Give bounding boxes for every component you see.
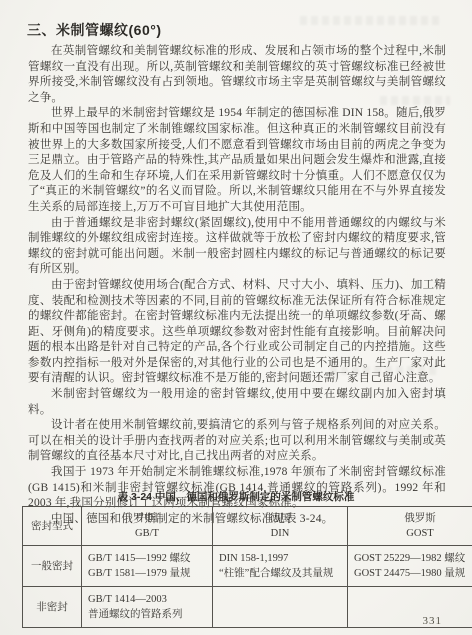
scanned-book-page: 三、米制管螺纹(60°) 在英制管螺纹和美制管螺纹标准的形成、发展和占领市场的整… — [0, 0, 472, 635]
header-germany: 德国 DIN — [213, 507, 348, 546]
standard-ref: “柱锥”配合螺纹及其量规 — [219, 566, 341, 581]
header-seal-type-label: 密封型式 — [29, 519, 75, 534]
standard-ref: GB/T 1414—2003 — [88, 592, 206, 607]
paragraph: 由于普通螺纹是非密封螺纹(紧固螺纹),使用中不能用普通螺纹的内螺纹与米制锥螺纹的… — [28, 216, 446, 278]
standard-ref: DIN 158-1,1997 — [219, 551, 341, 566]
header-china-country: 中国 — [88, 511, 206, 526]
header-germany-country: 德国 — [219, 511, 341, 526]
paragraph: 米制密封管螺纹为一般用途的密封管螺纹,使用中要在螺纹副内加入密封填料。 — [28, 387, 446, 418]
header-germany-std: DIN — [219, 526, 341, 541]
cell-germany: DIN 158-1,1997 “柱锥”配合螺纹及其量规 — [213, 546, 348, 587]
cell-germany — [213, 587, 348, 628]
table-row: 非密封 GB/T 1414—2003 普通螺纹的管路系列 — [23, 587, 472, 628]
seal-type-label: 非密封 — [29, 600, 75, 615]
cell-china: GB/T 1415—1992 螺纹 GB/T 1581—1979 量规 — [82, 546, 213, 587]
standard-ref: GOST 24475—1980 量规 — [354, 566, 472, 581]
cell-china: GB/T 1414—2003 普通螺纹的管路系列 — [82, 587, 213, 628]
section-heading: 三、米制管螺纹(60°) — [27, 20, 162, 40]
page-number: 331 — [423, 615, 443, 627]
paragraph: 由于密封管螺纹使用场合(配合方式、材料、尺寸大小、填料、压力)、加工精度、装配和… — [28, 278, 446, 387]
header-russia: 俄罗斯 GOST — [348, 507, 472, 546]
table-header-row: 密封型式 中国 GB/T 德国 DIN 俄罗斯 GOST — [23, 507, 472, 546]
paragraph: 设计者在使用米制管螺纹前,要搞清它的系列与管子规格系列间的对应关系。可以在相关的… — [28, 418, 446, 465]
table-row: 一般密封 GB/T 1415—1992 螺纹 GB/T 1581—1979 量规… — [23, 546, 472, 587]
header-china-std: GB/T — [88, 526, 206, 541]
bleed-through-artifact — [300, 16, 440, 25]
header-russia-country: 俄罗斯 — [354, 511, 472, 526]
standard-ref: GB/T 1415—1992 螺纹 — [88, 551, 206, 566]
paragraph: 在英制管螺纹和美制管螺纹标准的形成、发展和占领市场的整个过程中,米制管螺纹一直没… — [28, 44, 446, 106]
header-seal-type: 密封型式 — [23, 507, 82, 546]
standard-ref: 普通螺纹的管路系列 — [88, 607, 206, 622]
seal-type-label: 一般密封 — [29, 559, 75, 574]
body-text: 在英制管螺纹和美制管螺纹标准的形成、发展和占领市场的整个过程中,米制管螺纹一直没… — [28, 44, 446, 527]
table-caption: 表 3-24 中国、德国和俄罗斯制定的米制管螺纹标准 — [0, 489, 472, 504]
cell-seal-type: 一般密封 — [23, 546, 82, 587]
cell-russia: GOST 25229—1982 螺纹 GOST 24475—1980 量规 — [348, 546, 472, 587]
header-russia-std: GOST — [354, 526, 472, 541]
standards-table: 密封型式 中国 GB/T 德国 DIN 俄罗斯 GOST 一般密封 — [22, 506, 472, 628]
standard-ref: GB/T 1581—1979 量规 — [88, 566, 206, 581]
paragraph: 世界上最早的米制密封管螺纹是 1954 年制定的德国标准 DIN 158。随后,… — [28, 106, 446, 215]
standard-ref: GOST 25229—1982 螺纹 — [354, 551, 472, 566]
header-china: 中国 GB/T — [82, 507, 213, 546]
cell-russia — [348, 587, 472, 628]
cell-seal-type: 非密封 — [23, 587, 82, 628]
